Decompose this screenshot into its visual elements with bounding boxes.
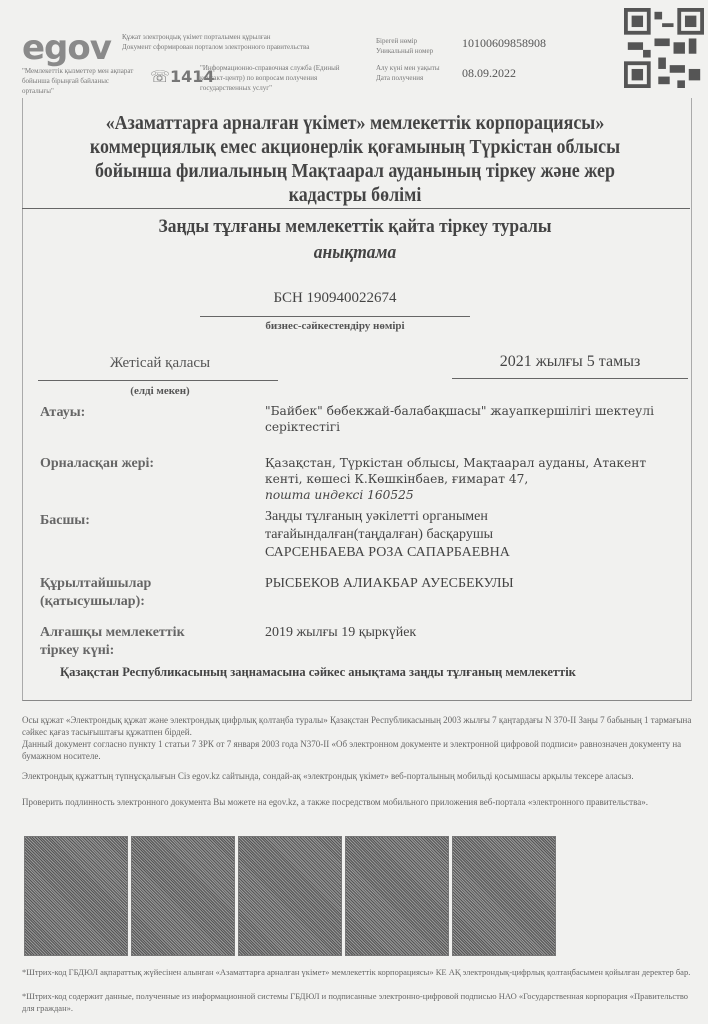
- bin-value: БСН 190940022674: [200, 290, 470, 307]
- portal-created-note: Құжат электрондық үкімет порталымен құры…: [122, 32, 352, 52]
- qr-code: [624, 8, 704, 88]
- legal-text-kk: Осы құжат «Электрондық құжат және электр…: [22, 714, 692, 738]
- divider: [200, 316, 470, 317]
- bin-label: бизнес-сәйкестендіру нөмірі: [200, 320, 470, 332]
- field-value-head: Заңды тұлғаның уәкілетті органымен тағай…: [265, 508, 595, 562]
- divider: [38, 380, 278, 381]
- 2d-barcode: [238, 836, 342, 956]
- received-date: 08.09.2022: [462, 66, 516, 81]
- verification-text-ru: Проверить подлинность электронного докум…: [22, 796, 692, 808]
- field-label-registration-date: Алғашқы мемлекеттік тіркеу күні:: [40, 624, 220, 660]
- field-label-head: Басшы:: [40, 512, 240, 530]
- field-label-location: Орналасқан жері:: [40, 455, 240, 473]
- legal-note: Қазақстан Республикасының заңнамасына сә…: [60, 665, 670, 680]
- barcode-note-ru: *Штрих-код содержит данные, полученные и…: [22, 990, 692, 1014]
- issuing-organization: «Азаматтарға арналған үкімет» мемлекетті…: [56, 112, 654, 208]
- egov-logo: egov: [22, 28, 111, 68]
- 2d-barcode: [131, 836, 235, 956]
- divider: [22, 208, 690, 209]
- 2d-barcode: [452, 836, 556, 956]
- unique-number-label: Бірегей нөмірУникальный номер: [376, 36, 433, 56]
- field-value-location: Қазақстан, Түркістан облысы, Мақтаарал а…: [265, 455, 685, 503]
- verification-text-kk: Электрондық құжаттың түпнұсқалығын Сіз e…: [22, 770, 692, 782]
- barcode-note-kk: *Штрих-код ГБДЮЛ ақпараттық жүйесінен ал…: [22, 966, 692, 978]
- unique-number: 10100609858908: [462, 36, 546, 51]
- field-value-registration-date: 2019 жылғы 19 қыркүйек: [265, 624, 685, 642]
- field-value-name: "Байбек" бөбекжай-балабақшасы" жауапкерш…: [265, 403, 685, 435]
- city-value: Жетісай қаласы: [60, 355, 260, 372]
- 2d-barcode: [24, 836, 128, 956]
- barcode-strip: [24, 836, 556, 956]
- 2d-barcode: [345, 836, 449, 956]
- contact-center-note-ru: "Информационно-справочная служба (Единый…: [200, 63, 360, 93]
- city-label: (елді мекен): [60, 385, 260, 397]
- contact-center-note-kk: "Мемлекеттік қызметтер мен ақпарат бойын…: [22, 66, 142, 96]
- legal-text-ru: Данный документ согласно пункту 1 статьи…: [22, 738, 692, 762]
- divider: [452, 378, 688, 379]
- field-label-name: Атауы:: [40, 404, 240, 422]
- document-title: Заңды тұлғаны мемлекеттік қайта тіркеу т…: [56, 214, 654, 266]
- issue-date: 2021 жылғы 5 тамыз: [450, 353, 690, 371]
- field-value-founders: РЫСБЕКОВ АЛИАКБАР АУЕСБЕКУЛЫ: [265, 575, 685, 593]
- received-date-label: Алу күні мен уақытыДата получения: [376, 63, 440, 83]
- field-label-founders: Құрылтайшылар (қатысушылар):: [40, 575, 210, 611]
